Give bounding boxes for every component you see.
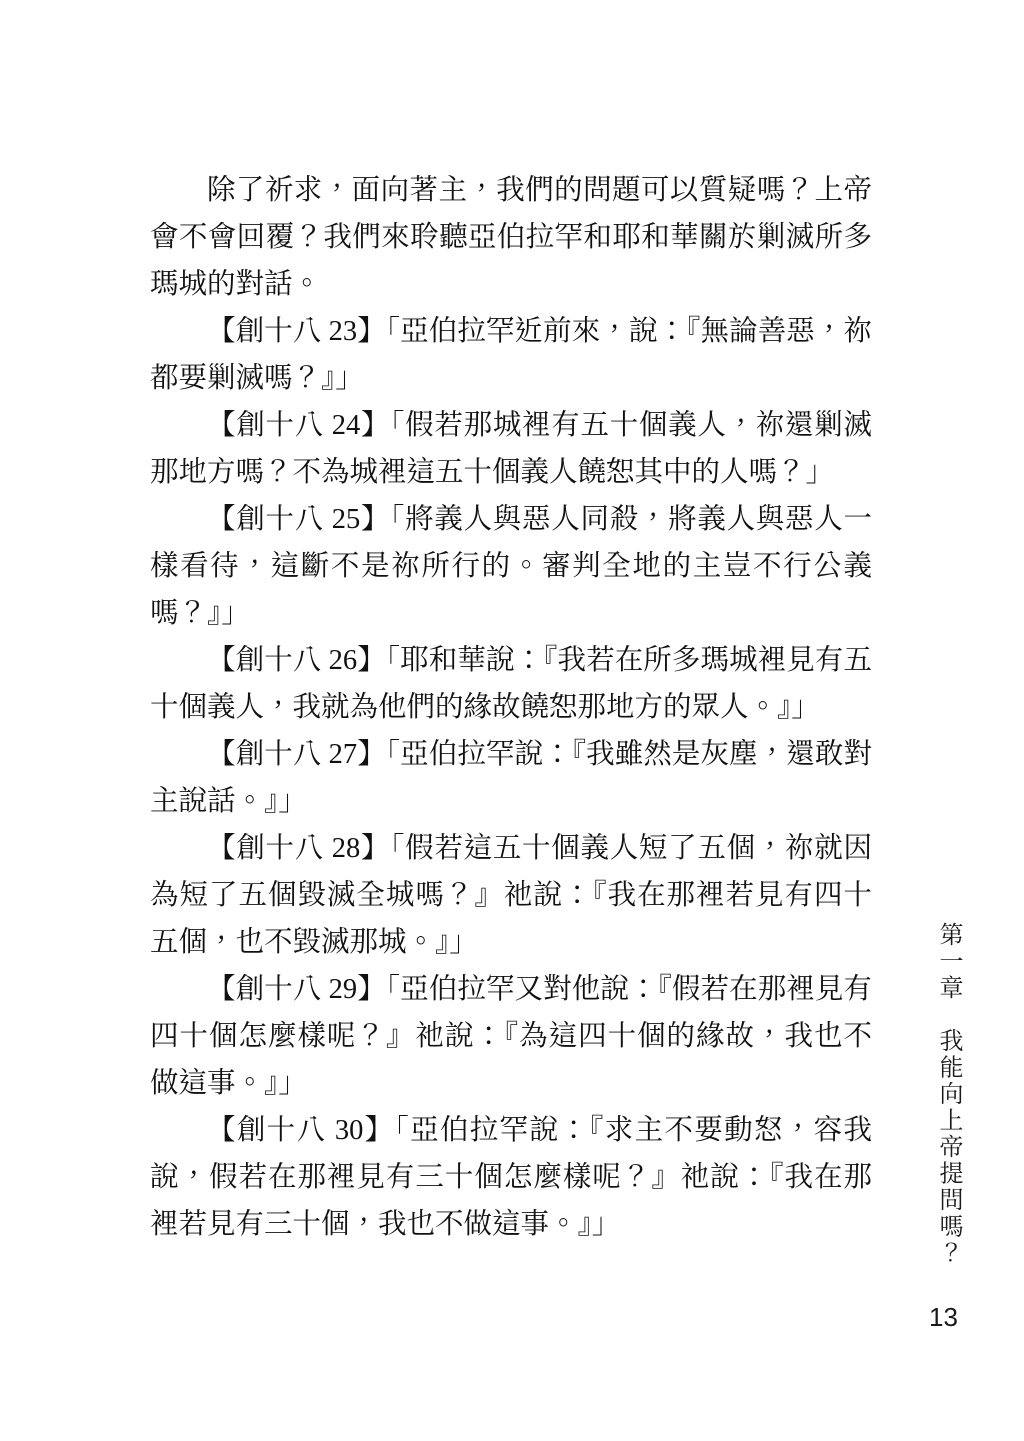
intro-paragraph: 除了祈求，面向著主，我們的問題可以質疑嗎？上帝會不會回覆？我們來聆聽亞伯拉罕和耶… (150, 167, 872, 308)
verse-paragraph-gen18-29: 【創十八 29】「亞伯拉罕又對他說：『假若在那裡見有四十個怎麼樣呢？』祂說：『為… (150, 966, 872, 1107)
verse-paragraph-gen18-28: 【創十八 28】「假若這五十個義人短了五個，祢就因為短了五個毀滅全城嗎？』祂說：… (150, 825, 872, 966)
scripture-text-block: 除了祈求，面向著主，我們的問題可以質疑嗎？上帝會不會回覆？我們來聆聽亞伯拉罕和耶… (150, 167, 872, 1248)
verse-paragraph-gen18-23: 【創十八 23】「亞伯拉罕近前來，說：『無論善惡，祢都要剿滅嗎？』」 (150, 308, 872, 402)
page-number: 13 (929, 1301, 958, 1333)
verse-paragraph-gen18-24: 【創十八 24】「假若那城裡有五十個義人，祢還剿滅那地方嗎？不為城裡這五十個義人… (150, 402, 872, 496)
verse-paragraph-gen18-30: 【創十八 30】「亞伯拉罕說：『求主不要動怒，容我說，假若在那裡見有三十個怎麼樣… (150, 1107, 872, 1248)
chapter-number-label: 第一章 (935, 922, 962, 1002)
verse-paragraph-gen18-26: 【創十八 26】「耶和華說：『我若在所多瑪城裡見有五十個義人，我就為他們的緣故饒… (150, 637, 872, 731)
verse-paragraph-gen18-25: 【創十八 25】「將義人與惡人同殺，將義人與惡人一樣看待，這斷不是祢所行的。審判… (150, 496, 872, 637)
chapter-title-vertical: 我能向上帝提問嗎？ (935, 1028, 962, 1267)
book-page: 除了祈求，面向著主，我們的問題可以質疑嗎？上帝會不會回覆？我們來聆聽亞伯拉罕和耶… (0, 0, 1024, 1441)
verse-paragraph-gen18-27: 【創十八 27】「亞伯拉罕說：『我雖然是灰塵，還敢對主說話。』」 (150, 731, 872, 825)
chapter-sidebar: 第一章我能向上帝提問嗎？ (931, 922, 966, 1292)
